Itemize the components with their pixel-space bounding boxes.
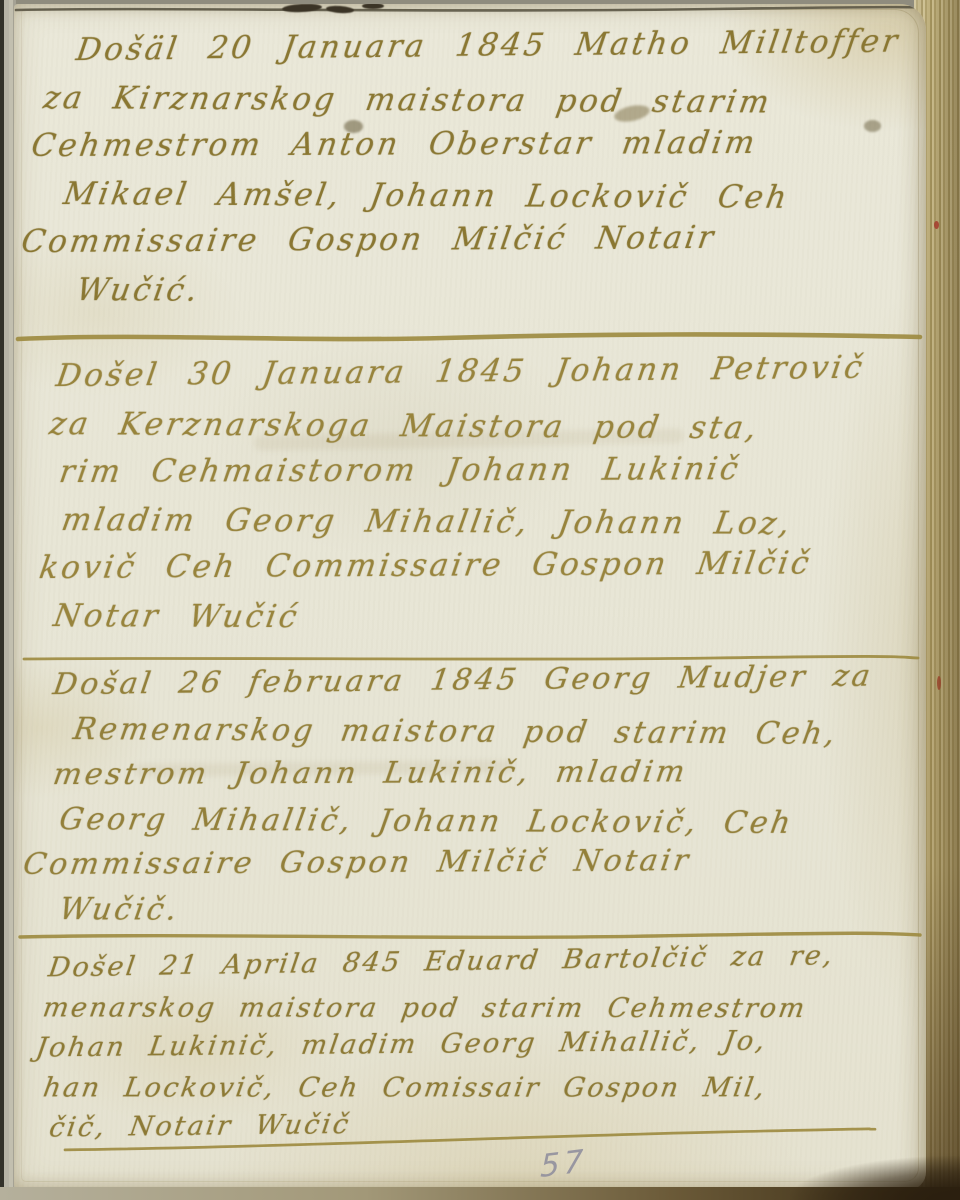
entry-line: mestrom Johann Lukinič, mladim (50, 748, 926, 797)
photo-corner-shadow (790, 1156, 960, 1200)
register-entry-2: Došel 30 Januara 1845 Johann Petrovič za… (28, 352, 918, 640)
entry-line: kovič Ceh Commissaire Gospon Milčič (36, 539, 926, 592)
entry-line: Commissaire Gospon Milčič Notair (20, 837, 926, 887)
red-edge-speck (937, 676, 941, 690)
manuscript-photo: Došäl 20 Januara 1845 Matho Milltoffer z… (0, 0, 960, 1200)
register-entry-1: Došäl 20 Januara 1845 Matho Milltoffer z… (28, 26, 918, 314)
register-entry-4: Došel 21 Aprila 845 Eduard Bartolčič za … (27, 944, 918, 1149)
entry-line: Došäl 20 Januara 1845 Matho Milltoffer (73, 17, 926, 74)
entry-line: Došel 30 Januara 1845 Johann Petrovič (53, 343, 926, 400)
entry-line: Johan Lukinič, mladim Georg Mihallič, Jo… (33, 1020, 925, 1069)
entry-separator-line (14, 1122, 926, 1158)
manuscript-page: Došäl 20 Januara 1845 Matho Milltoffer z… (14, 4, 926, 1190)
entry-line: Došal 26 februara 1845 Georg Mudjer za (50, 653, 926, 707)
entry-line: Cehmestrom Anton Oberstar mladim (28, 118, 926, 170)
entry-line: Wučić. (73, 266, 925, 318)
register-entry-3: Došal 26 februara 1845 Georg Mudjer za R… (28, 662, 918, 932)
entry-line: Commissaire Gospon Milčić Notair (18, 213, 926, 266)
red-edge-speck (934, 221, 939, 229)
entry-line: rim Cehmaistorom Johann Lukinič (56, 444, 926, 496)
entry-line: Notar Wučić (50, 592, 925, 644)
page-number-pencil: 57 (540, 1143, 588, 1185)
